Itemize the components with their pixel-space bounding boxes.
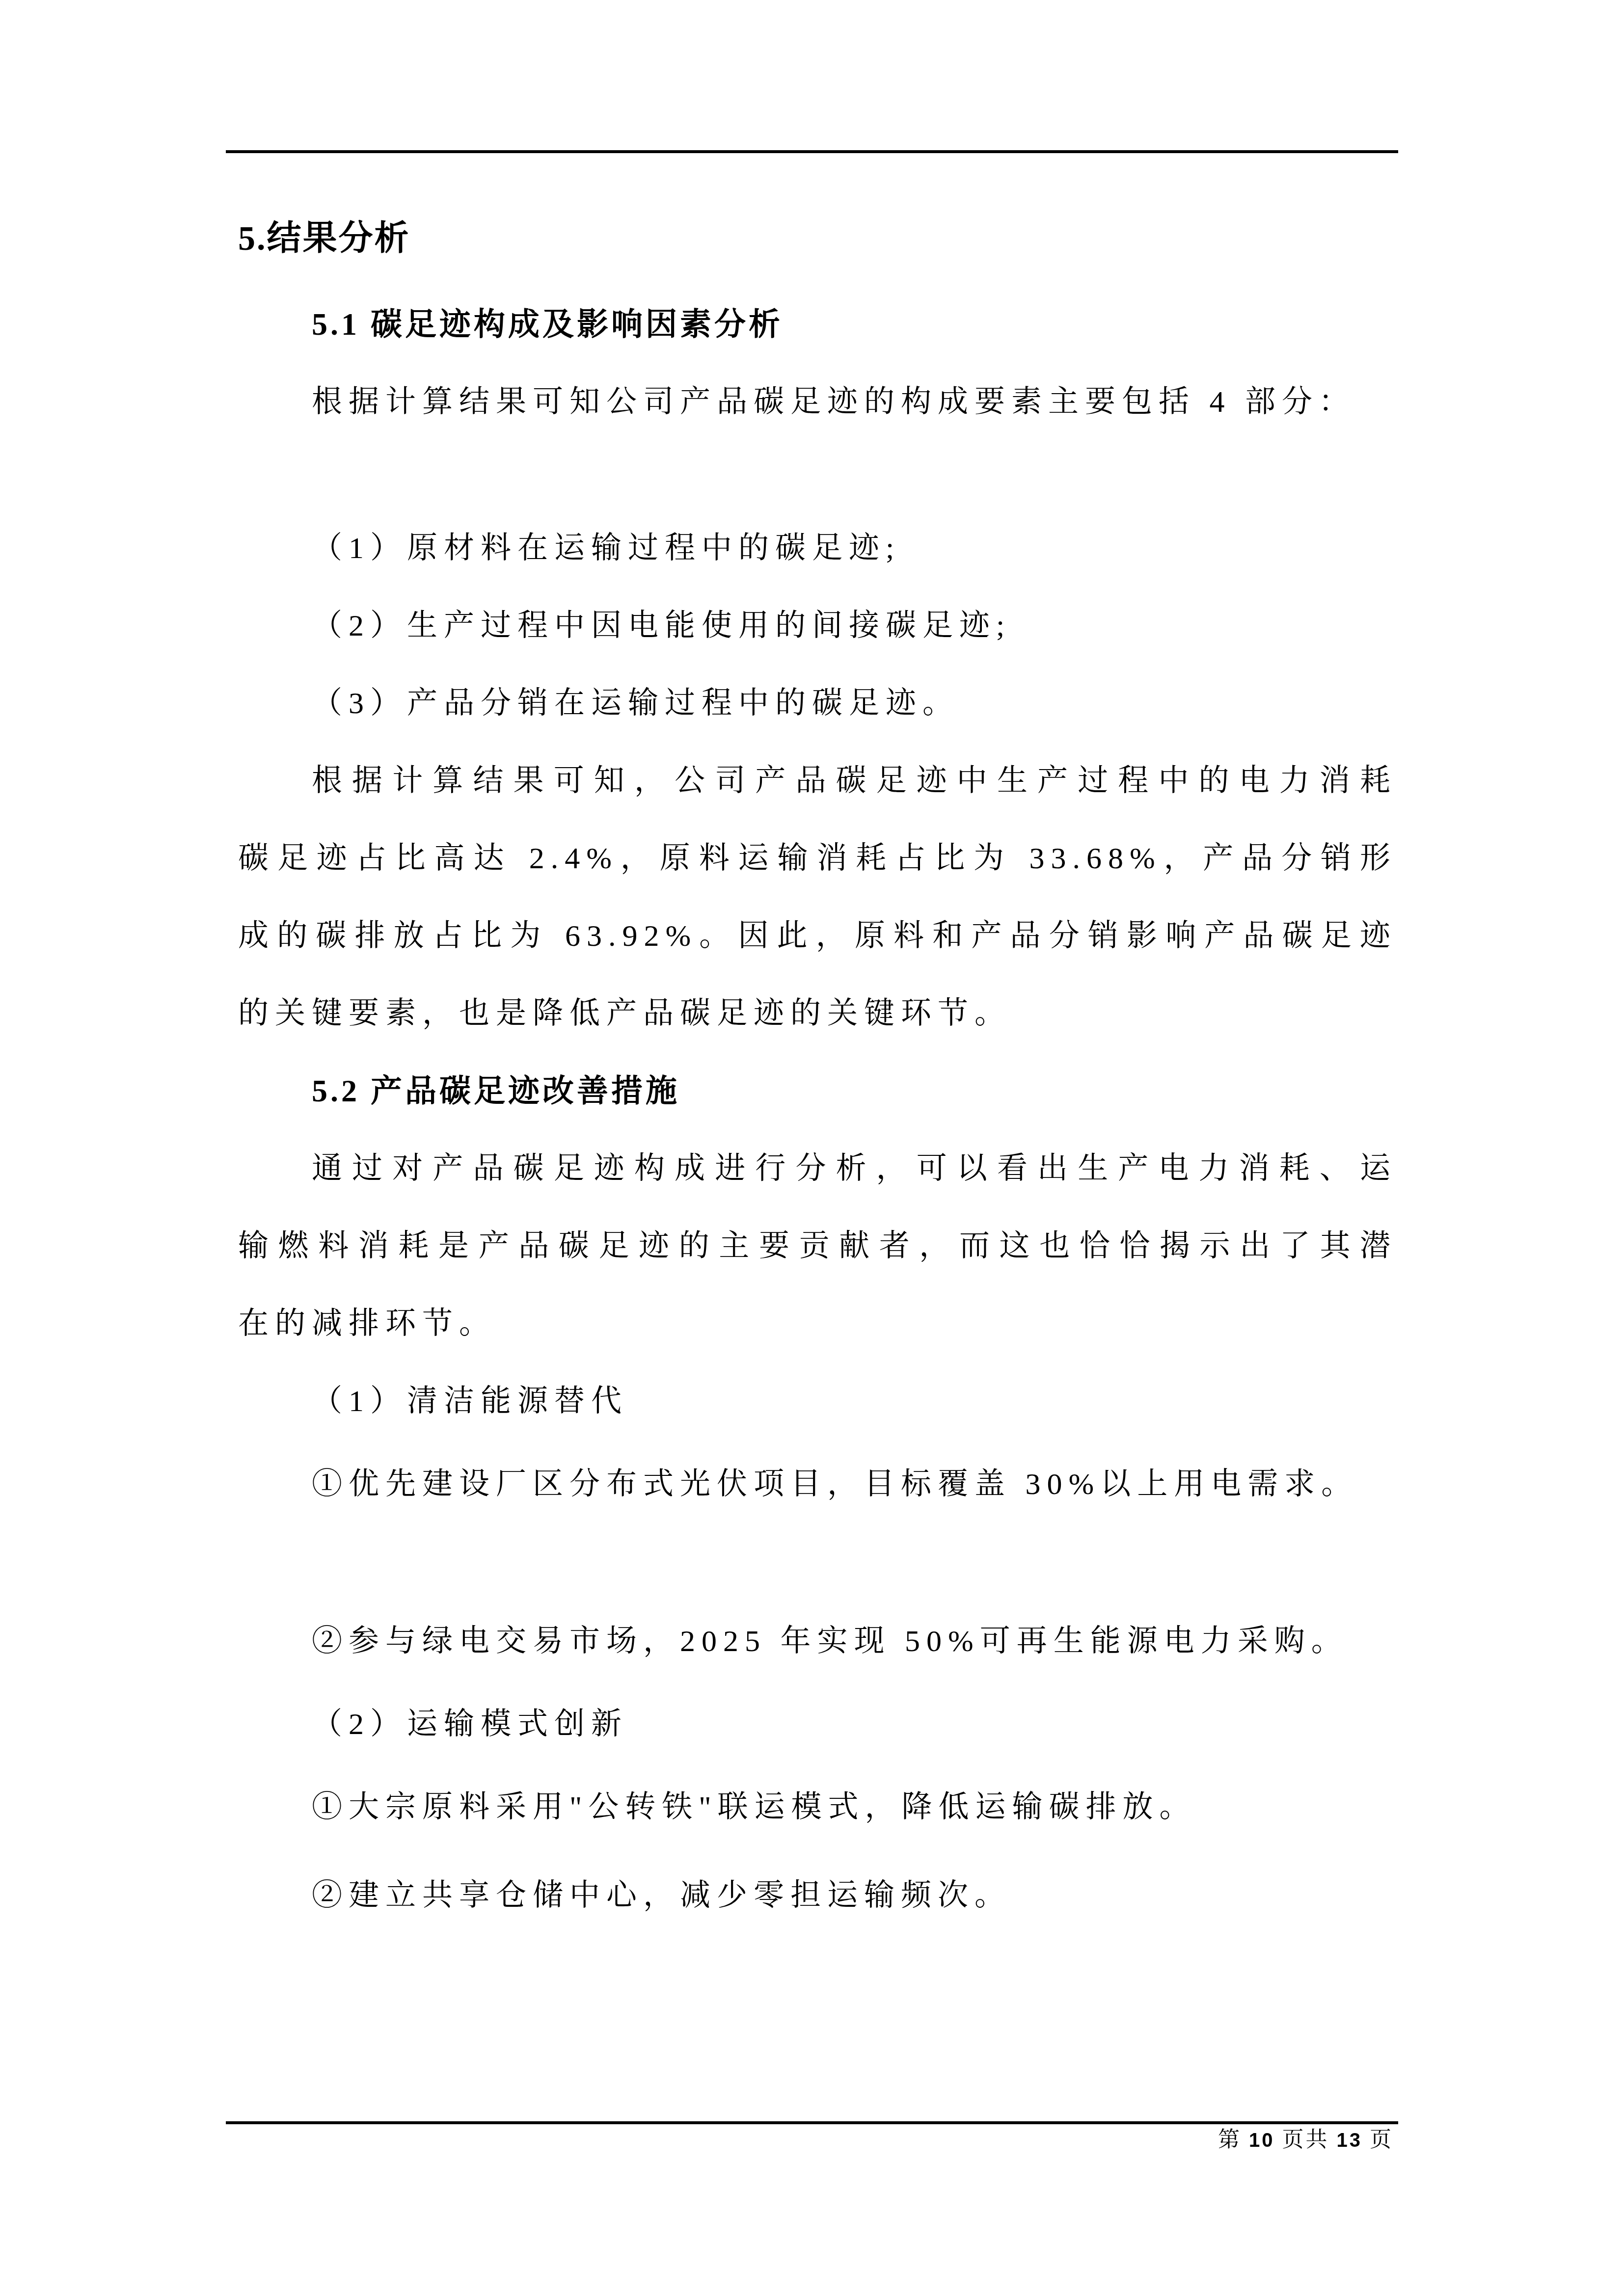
section-heading-5: 5.结果分析 — [238, 192, 1397, 286]
paragraph-line: 输燃料消耗是产品碳足迹的主要贡献者，而这也恰恰揭示出了其潜 — [238, 1207, 1397, 1285]
paragraph-line: 的关键要素，也是降低产品碳足迹的关键环节。 — [238, 975, 1397, 1052]
list-item-line: ①大宗原料采用"公转铁"联运模式，降低运输碳排放。 — [238, 1763, 1397, 1851]
footer-prefix: 第 — [1218, 2128, 1249, 2152]
paragraph-line: 碳足迹占比高达 2.4%，原料运输消耗占比为 33.68%，产品分销形 — [238, 820, 1397, 897]
list-item-line: （1）清洁能源替代 — [238, 1362, 1397, 1440]
document-page: 5.结果分析 5.1 碳足迹构成及影响因素分析 根据计算结果可知公司产品碳足迹的… — [0, 0, 1624, 2296]
footer-page-number: 第 10 页共 13 页 — [1218, 2126, 1393, 2154]
paragraph-line: 成的碳排放占比为 63.92%。因此，原料和产品分销影响产品碳足迹 — [238, 897, 1397, 975]
paragraph-line: 根据计算结果可知，公司产品碳足迹中生产过程中的电力消耗 — [238, 742, 1397, 820]
footer-rule — [226, 2121, 1398, 2124]
blank-line — [238, 441, 1397, 509]
list-item-line: ②建立共享仓储中心，减少零担运输频次。 — [238, 1851, 1397, 1940]
subsection-heading-5-2: 5.2 产品碳足迹改善措施 — [238, 1052, 1397, 1130]
footer-suffix: 页 — [1362, 2128, 1393, 2152]
footer-middle: 页共 — [1275, 2128, 1337, 2152]
blank-line — [238, 1528, 1397, 1597]
subsection-heading-5-1: 5.1 碳足迹构成及影响因素分析 — [238, 286, 1397, 363]
header-rule — [226, 150, 1398, 153]
paragraph-line: 在的减排环节。 — [238, 1285, 1397, 1362]
list-item-line: ②参与绿电交易市场，2025 年实现 50%可再生能源电力采购。 — [238, 1597, 1397, 1685]
list-item-line: ①优先建设厂区分布式光伏项目，目标覆盖 30%以上用电需求。 — [238, 1440, 1397, 1528]
list-item-line: （2）生产过程中因电能使用的间接碳足迹; — [238, 587, 1397, 665]
document-body: 5.结果分析 5.1 碳足迹构成及影响因素分析 根据计算结果可知公司产品碳足迹的… — [238, 192, 1397, 1940]
footer-current-page: 10 — [1249, 2130, 1275, 2151]
paragraph-line: 根据计算结果可知公司产品碳足迹的构成要素主要包括 4 部分： — [238, 363, 1397, 441]
footer-total-pages: 13 — [1337, 2130, 1363, 2151]
list-item-line: （3）产品分销在运输过程中的碳足迹。 — [238, 665, 1397, 742]
list-item-line: （1）原材料在运输过程中的碳足迹; — [238, 509, 1397, 587]
paragraph-line: 通过对产品碳足迹构成进行分析，可以看出生产电力消耗、运 — [238, 1130, 1397, 1207]
list-item-line: （2）运输模式创新 — [238, 1685, 1397, 1763]
